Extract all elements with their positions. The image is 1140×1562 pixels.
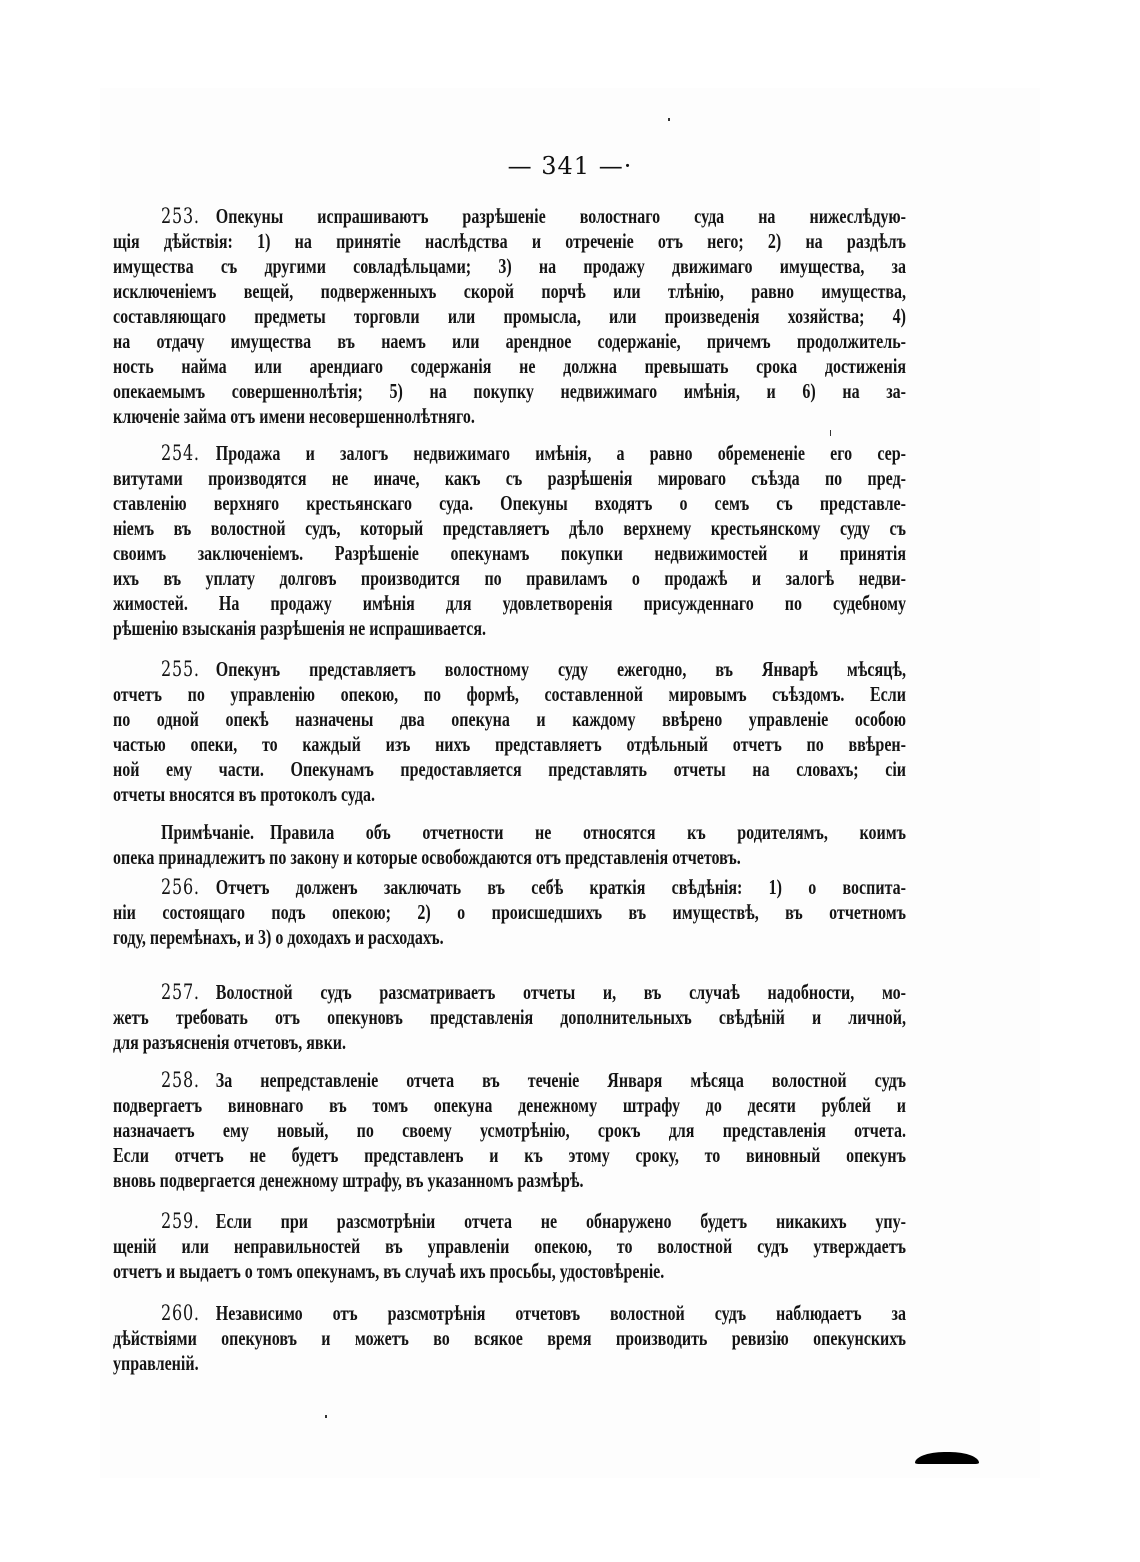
article-number: 256.: [161, 875, 200, 899]
line-text: жетъ требовать отъ опекуновъ представлен…: [113, 1005, 906, 1029]
text-line: 253. Опекуны испрашиваютъ разрѣшеніе вол…: [113, 204, 906, 229]
text-line: опека принадлежитъ по закону и которые о…: [113, 845, 906, 870]
article-paragraph: 256. Отчетъ долженъ заключать въ себѣ кр…: [113, 875, 1140, 950]
text-line: жимостей. На продажу имѣнія для удовлетв…: [113, 591, 906, 616]
text-line: рѣшенію взысканія разрѣшенія не испрашив…: [113, 616, 906, 641]
line-text: ность найма или арендиаго содержанія не …: [113, 354, 906, 378]
text-line: 256. Отчетъ долженъ заключать въ себѣ кр…: [113, 875, 906, 900]
line-text: щія дѣйствія: 1) на принятіе наслѣдства …: [113, 229, 906, 253]
scan-speck: [668, 118, 670, 121]
article-number: 255.: [161, 657, 200, 681]
text-line: назначаетъ ему новый, по своему усмотрѣн…: [113, 1118, 906, 1143]
article-paragraph: 255. Опекунъ представляетъ волостному су…: [113, 657, 1140, 807]
line-text: ихъ въ уплату долговъ производится по пр…: [113, 566, 906, 590]
line-text: подвергаетъ виновнаго въ томъ опекуна де…: [113, 1093, 906, 1117]
text-line: ставленію верхняго крестьянскаго суда. О…: [113, 491, 906, 516]
line-text: на отдачу имущества въ наемъ или арендно…: [113, 329, 906, 353]
line-text: жимостей. На продажу имѣнія для удовлетв…: [113, 591, 906, 615]
text-line: отчетъ и выдаетъ о томъ опекунамъ, въ сл…: [113, 1259, 906, 1284]
line-text: назначаетъ ему новый, по своему усмотрѣн…: [113, 1118, 906, 1142]
text-line: своимъ заключеніемъ. Разрѣшеніе опекунам…: [113, 541, 906, 566]
line-text: опека принадлежитъ по закону и которые о…: [113, 845, 741, 869]
line-text: За непредставленіе отчета въ теченіе Янв…: [216, 1068, 906, 1092]
text-line: 259. Если при разсмотрѣніи отчета не обн…: [113, 1209, 906, 1234]
line-text: по одной опекѣ назначены два опекуна и к…: [113, 707, 906, 731]
article-number: 259.: [161, 1209, 200, 1233]
line-text: Независимо отъ разсмотрѣнія отчетовъ вол…: [216, 1301, 906, 1325]
article-paragraph: 257. Волостной судъ разсматриваетъ отчет…: [113, 980, 1140, 1055]
text-line: щеній или неправильностей въ управленіи …: [113, 1234, 906, 1259]
text-line: исключеніемъ вещей, подверженныхъ скорой…: [113, 279, 906, 304]
text-line: 258. За непредставленіе отчета въ течені…: [113, 1068, 906, 1093]
article-paragraph: 259. Если при разсмотрѣніи отчета не обн…: [113, 1209, 1140, 1284]
article-paragraph: 260. Независимо отъ разсмотрѣнія отчетов…: [113, 1301, 1140, 1376]
text-line: имущества съ другими совладѣльцами; 3) н…: [113, 254, 906, 279]
line-text: Продажа и залогъ недвижимаго имѣнія, а р…: [216, 441, 906, 465]
note-paragraph: Примѣчаніе. Правила объ отчетности не от…: [113, 820, 1140, 870]
article-paragraph: 253. Опекуны испрашиваютъ разрѣшеніе вол…: [113, 204, 1140, 429]
text-line: щія дѣйствія: 1) на принятіе наслѣдства …: [113, 229, 906, 254]
line-text: ніи состоящаго подъ опекою; 2) о происше…: [113, 900, 906, 924]
text-line: 260. Независимо отъ разсмотрѣнія отчетов…: [113, 1301, 906, 1326]
article-number: 253.: [161, 204, 200, 228]
text-line: Примѣчаніе. Правила объ отчетности не от…: [113, 820, 906, 845]
text-line: подвергаетъ виновнаго въ томъ опекуна де…: [113, 1093, 906, 1118]
text-line: дѣйствіями опекуновъ и можетъ во всякое …: [113, 1326, 906, 1351]
text-line: отчетъ по управленію опекою, по формѣ, с…: [113, 682, 906, 707]
line-text: имущества съ другими совладѣльцами; 3) н…: [113, 254, 906, 278]
text-line: ключеніе займа отъ имени несовершеннолѣт…: [113, 404, 906, 429]
page-number: — 341 —·: [0, 152, 1140, 180]
text-line: 255. Опекунъ представляетъ волостному су…: [113, 657, 906, 682]
article-number: 260.: [161, 1301, 200, 1325]
line-text: Если при разсмотрѣніи отчета не обнаруже…: [216, 1209, 906, 1233]
line-text: управленій.: [113, 1351, 199, 1375]
text-line: частью опеки, то каждый изъ нихъ предста…: [113, 732, 906, 757]
text-line: ніи состоящаго подъ опекою; 2) о происше…: [113, 900, 906, 925]
line-text: году, перемѣнахъ, и 3) о доходахъ и расх…: [113, 925, 444, 949]
scan-speck: [325, 1415, 327, 1418]
scan-speck: [830, 430, 831, 436]
line-text: Опекунъ представляетъ волостному суду еж…: [216, 657, 906, 681]
line-text: щеній или неправильностей въ управленіи …: [113, 1234, 906, 1258]
line-text: Правила объ отчетности не относятся къ р…: [270, 820, 906, 844]
line-text: опекаемымъ совершеннолѣтія; 5) на покупк…: [113, 379, 906, 403]
line-text: Опекуны испрашиваютъ разрѣшеніе волостна…: [216, 204, 906, 228]
text-line: отчеты вносятся въ протоколъ суда.: [113, 782, 906, 807]
article-paragraph: 254. Продажа и залогъ недвижимаго имѣнія…: [113, 441, 1140, 641]
line-text: составляющаго предметы торговли или пром…: [113, 304, 906, 328]
text-line: составляющаго предметы торговли или пром…: [113, 304, 906, 329]
line-text: отчеты вносятся въ протоколъ суда.: [113, 782, 375, 806]
line-text: для разъясненія отчетовъ, явки.: [113, 1030, 346, 1054]
line-text: ніемъ въ волостной судъ, который предста…: [113, 516, 906, 540]
text-line: 257. Волостной судъ разсматриваетъ отчет…: [113, 980, 906, 1005]
text-line: 254. Продажа и залогъ недвижимаго имѣнія…: [113, 441, 906, 466]
text-line: управленій.: [113, 1351, 906, 1376]
line-text: ключеніе займа отъ имени несовершеннолѣт…: [113, 404, 475, 428]
note-label: Примѣчаніе.: [161, 820, 254, 844]
line-text: исключеніемъ вещей, подверженныхъ скорой…: [113, 279, 906, 303]
text-line: году, перемѣнахъ, и 3) о доходахъ и расх…: [113, 925, 906, 950]
text-line: ность найма или арендиаго содержанія не …: [113, 354, 906, 379]
line-text: своимъ заключеніемъ. Разрѣшеніе опекунам…: [113, 541, 906, 565]
line-text: отчетъ и выдаетъ о томъ опекунамъ, въ сл…: [113, 1259, 664, 1283]
article-paragraph: 258. За непредставленіе отчета въ течені…: [113, 1068, 1140, 1193]
text-line: ной ему части. Опекунамъ предоставляется…: [113, 757, 906, 782]
line-text: вновь подвергается денежному штрафу, въ …: [113, 1168, 584, 1192]
text-line: для разъясненія отчетовъ, явки.: [113, 1030, 906, 1055]
article-number: 257.: [161, 980, 200, 1004]
article-number: 254.: [161, 441, 200, 465]
line-text: Отчетъ долженъ заключать въ себѣ краткія…: [216, 875, 906, 899]
line-text: Если отчетъ не будетъ представленъ и къ …: [113, 1143, 906, 1167]
line-text: частью опеки, то каждый изъ нихъ предста…: [113, 732, 906, 756]
text-line: опекаемымъ совершеннолѣтія; 5) на покупк…: [113, 379, 906, 404]
text-line: по одной опекѣ назначены два опекуна и к…: [113, 707, 906, 732]
text-line: витутами производятся не иначе, какъ съ …: [113, 466, 906, 491]
text-line: вновь подвергается денежному штрафу, въ …: [113, 1168, 906, 1193]
text-line: Если отчетъ не будетъ представленъ и къ …: [113, 1143, 906, 1168]
article-number: 258.: [161, 1068, 200, 1092]
line-text: отчетъ по управленію опекою, по формѣ, с…: [113, 682, 906, 706]
line-text: дѣйствіями опекуновъ и можетъ во всякое …: [113, 1326, 906, 1350]
text-line: ніемъ въ волостной судъ, который предста…: [113, 516, 906, 541]
line-text: ной ему части. Опекунамъ предоставляется…: [113, 757, 906, 781]
line-text: ставленію верхняго крестьянскаго суда. О…: [113, 491, 906, 515]
text-line: ихъ въ уплату долговъ производится по пр…: [113, 566, 906, 591]
line-text: витутами производятся не иначе, какъ съ …: [113, 466, 906, 490]
line-text: Волостной судъ разсматриваетъ отчеты и, …: [216, 980, 906, 1004]
line-text: рѣшенію взысканія разрѣшенія не испрашив…: [113, 616, 486, 640]
text-line: жетъ требовать отъ опекуновъ представлен…: [113, 1005, 906, 1030]
text-line: на отдачу имущества въ наемъ или арендно…: [113, 329, 906, 354]
